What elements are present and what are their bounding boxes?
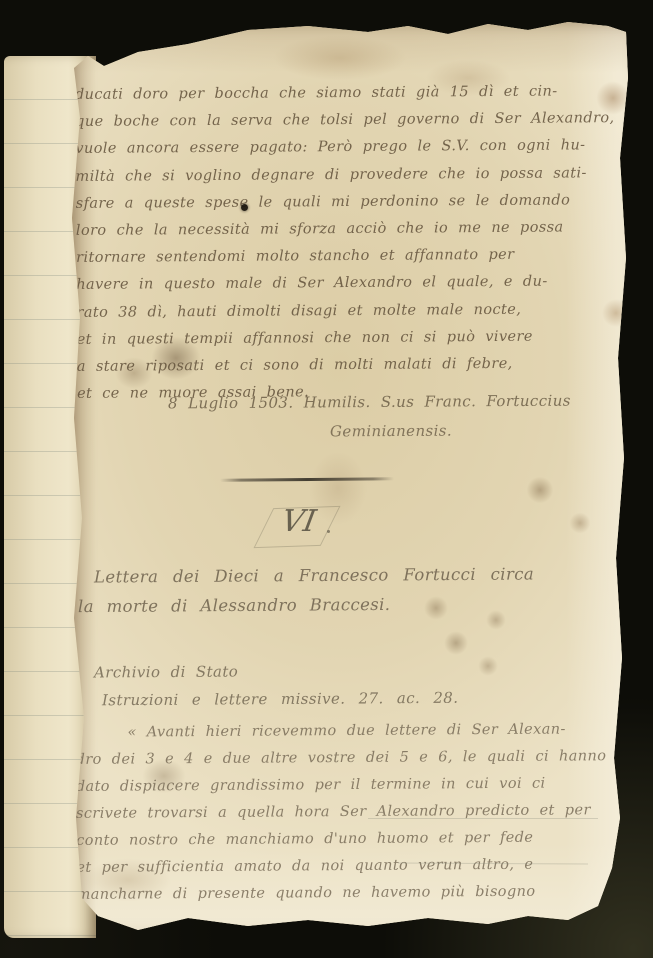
manuscript-line: et per sufficientia amato da noi quanto … bbox=[76, 851, 621, 882]
letter-signature-place: Geminianensis. bbox=[330, 422, 452, 441]
manuscript-line: a stare riposati et ci sono di molti mal… bbox=[77, 350, 622, 381]
manuscript-line: ritornare sentendomi molto stancho et af… bbox=[76, 241, 621, 272]
excerpt-body: « Avanti hieri ricevemmo due lettere di … bbox=[75, 716, 621, 909]
archive-source-line: Archivio di Stato bbox=[94, 662, 238, 681]
manuscript-line: et in questi tempii affannosi che non ci… bbox=[77, 323, 622, 354]
scanner-background: { "page": { "description": "Scanned manu… bbox=[0, 0, 653, 958]
manuscript-line: dro dei 3 e 4 e due altre vostre dei 5 e… bbox=[76, 743, 621, 774]
section-heading-line1: Lettera dei Dieci a Francesco Fortucci c… bbox=[94, 564, 534, 586]
section-heading-line2: la morte di Alessandro Braccesi. bbox=[78, 595, 391, 616]
letter-body: ducati doro per boccha che siamo stati g… bbox=[75, 78, 622, 408]
numeral-dot bbox=[327, 530, 330, 533]
ink-blot bbox=[241, 204, 248, 211]
manuscript-line: dato dispiacere grandissimo per il termi… bbox=[76, 770, 621, 801]
faint-guide-line bbox=[368, 818, 598, 819]
manuscript-line: que boche con la serva che tolsi pel gov… bbox=[75, 105, 620, 136]
section-divider-rule bbox=[220, 477, 394, 482]
manuscript-line: conto nostro che manchiamo d'uno huomo e… bbox=[76, 824, 621, 855]
letter-dateline: 8 Luglio 1503. Humilis. S.us Franc. Fort… bbox=[168, 392, 571, 413]
manuscript-line: « Avanti hieri ricevemmo due lettere di … bbox=[75, 716, 620, 747]
manuscript-line: mancharne di presente quando ne havemo p… bbox=[76, 878, 621, 909]
manuscript-line: loro che la necessità mi sforza acciò ch… bbox=[76, 214, 621, 245]
section-numeral: VI bbox=[279, 504, 319, 539]
manuscript-line: havere in questo male di Ser Alexandro e… bbox=[76, 268, 621, 299]
manuscript-line: scrivete trovarsi a quella hora Ser Alex… bbox=[76, 797, 621, 828]
manuscript-line: vuole ancora essere pagato: Però prego l… bbox=[75, 132, 620, 163]
manuscript-line: miltà che si voglino degnare di proveder… bbox=[75, 160, 620, 191]
archive-reference-line: Istruzioni e lettere missive. 27. ac. 28… bbox=[102, 689, 458, 709]
manuscript-page: ducati doro per boccha che siamo stati g… bbox=[68, 18, 634, 934]
manuscript-line: rato 38 dì, hauti dimolti disagi et molt… bbox=[76, 296, 621, 327]
manuscript-line: ducati doro per boccha che siamo stati g… bbox=[75, 78, 620, 109]
manuscript-line: sfare a queste spese le quali mi perdoni… bbox=[76, 187, 621, 218]
